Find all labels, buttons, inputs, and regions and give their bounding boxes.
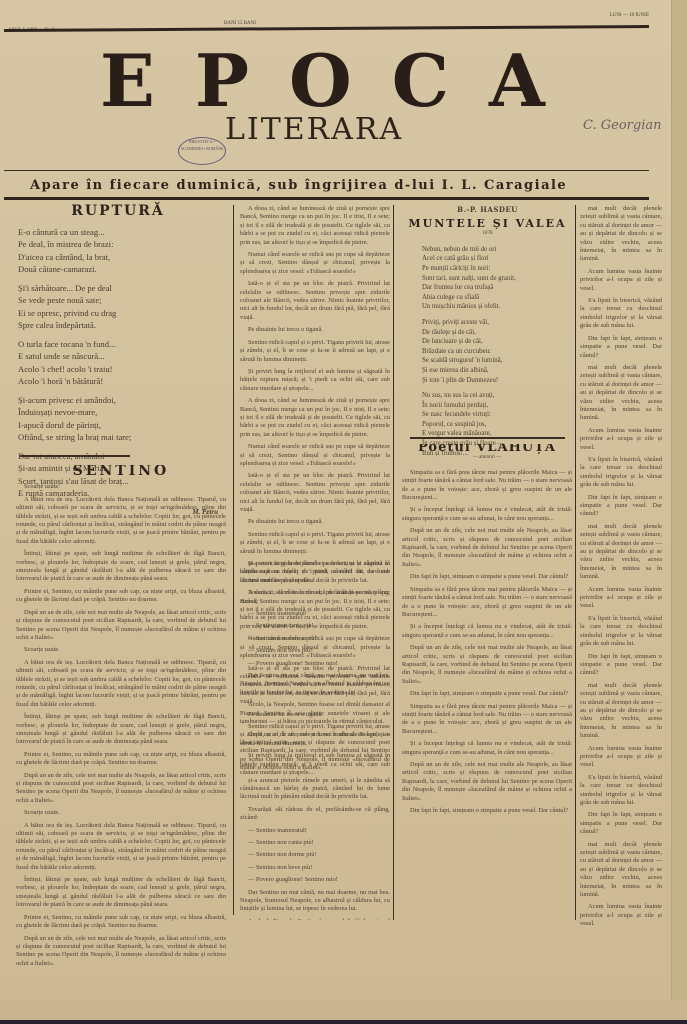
article-title: Poetul VLAHUȚĂ bbox=[402, 444, 572, 452]
column-rule bbox=[575, 205, 576, 920]
paragraph: Simpatia sa e fără prea târzie mai pentr… bbox=[402, 703, 572, 737]
paragraph: Dar Sentino nu mai cântă, nu mai doarme,… bbox=[240, 889, 390, 914]
article-subtitle: — amintiri — bbox=[402, 454, 572, 462]
paragraph: Pe dinainte lui trecu o tigană. bbox=[240, 326, 390, 334]
paragraph: După un an de zile, cele noi mai multe a… bbox=[402, 761, 572, 803]
paragraph: Tovarășii săi râdeau de el, prefăcându-s… bbox=[240, 806, 390, 823]
paragraph: Acum lumina vasta înainte privirilor a-l… bbox=[580, 427, 662, 452]
paragraph: Întinși, lâtinși pe spate, sub lungă mul… bbox=[16, 713, 226, 747]
paragraph: Iată-o și el sta pe un bloc de piatră. P… bbox=[240, 472, 390, 514]
poem-author: B.-P. HASDEU bbox=[400, 205, 575, 215]
tagline-rule-top bbox=[4, 170, 649, 171]
paragraph: Și priviri lung la mijlocul ei sub lumin… bbox=[240, 368, 390, 393]
paragraph: Din fapt în fapt, simțeam o simpatie a p… bbox=[402, 690, 572, 698]
paragraph: — Sentino non beve più! bbox=[240, 647, 390, 655]
paragraph: și-a aruncat pietrele râmele pe umeri, ș… bbox=[240, 560, 390, 585]
paragraph: Simpatia sa e fără prea târzie mai pentr… bbox=[402, 586, 572, 620]
section-divider bbox=[410, 437, 565, 439]
article-body: Scoarțe uzate.A bătut ora de ieș. Lucrăt… bbox=[16, 483, 226, 968]
column-rule bbox=[233, 205, 234, 915]
masthead-title: EPOCA bbox=[100, 45, 560, 117]
column-6-body: mai mult decât plenele zeiești sublimă ș… bbox=[580, 205, 662, 925]
paragraph: mai mult decât plenele zeiești sublimă ș… bbox=[580, 523, 662, 582]
paragraph: A doua zi, când se luminează de ziuă și … bbox=[240, 397, 390, 439]
poem-stanzas: E-o cântură ca un steag...Pe deal, în mi… bbox=[18, 226, 218, 500]
poem-muntele-si-valea: B.-P. HASDEU MUNTELE ȘI VALEA 1878 Nebun… bbox=[400, 205, 575, 464]
paragraph: Tovarășii săi râdeau de el, prefăcându-s… bbox=[240, 589, 390, 606]
stanza: E-o cântură ca un steag...Pe deal, în mi… bbox=[18, 226, 218, 276]
paragraph: Iată-o și el sta pe un bloc de piatră. P… bbox=[240, 280, 390, 322]
paragraph: mai mult decât plenele zeiești sublimă ș… bbox=[580, 205, 662, 264]
poem-year: 1878 bbox=[400, 229, 575, 239]
paragraph: S'a lipsit în biserică, văzând la care t… bbox=[580, 297, 662, 331]
paragraph: Numai când soarele se ridică sus pe cupe… bbox=[240, 443, 390, 468]
paragraph: Simpatia sa e fără prea târzie mai pentr… bbox=[402, 469, 572, 503]
paragraph: S'a lipsit în biserică, văzând la care t… bbox=[580, 615, 662, 649]
scan-bottom-bar bbox=[0, 1020, 687, 1024]
paragraph: mai mult decât plenele zeiești sublimă ș… bbox=[580, 841, 662, 900]
paragraph: Numai când soarele se ridică sus pe cupe… bbox=[240, 251, 390, 276]
paragraph: Din fapt în fapt, simțeam o simpatie a p… bbox=[580, 653, 662, 678]
paragraph: A bătut ora de ieș. Lucrătorii dela Banc… bbox=[16, 659, 226, 709]
article-sentino: SENTINO Scoarțe uzate.A bătut ora de ieș… bbox=[16, 465, 226, 1005]
price: BANI 15 BANI bbox=[224, 21, 256, 26]
paragraph: A doua zi, când se luminează de ziuă și … bbox=[240, 205, 390, 247]
paragraph: Întinși, lâtinși pe spate, sub lungă mul… bbox=[16, 876, 226, 910]
paragraph: Acum lumina vasta înainte privirilor a-l… bbox=[580, 903, 662, 925]
article-title: SENTINO bbox=[16, 467, 226, 475]
masthead-subtitle: LITERARA bbox=[225, 112, 403, 147]
paragraph: — Sentino non canta più! bbox=[240, 839, 390, 847]
paragraph: Scoarțe uzate. bbox=[16, 483, 226, 491]
column-rule bbox=[393, 205, 394, 920]
column-3-body: și-a aruncat pietrele râmele pe umeri, ș… bbox=[240, 560, 390, 920]
paragraph: Acolo, la Neapole, Sentino fusese cel di… bbox=[240, 701, 390, 726]
paragraph: S'a lipsit în biserică, văzând la care t… bbox=[580, 456, 662, 490]
paragraph: A bătut ora de ieș. Lucrătorii dela Banc… bbox=[16, 496, 226, 546]
stanza: Nebun, nebun de mii de oriAcel ce cată g… bbox=[422, 245, 575, 312]
poem-title: MUNTELE ȘI VALEA bbox=[400, 219, 575, 229]
paragraph: — Sentino non beve più! bbox=[240, 864, 390, 872]
page-edge bbox=[671, 0, 687, 1024]
stanza: Și'i sărbătoare... De pe dealSe vede pes… bbox=[18, 282, 218, 332]
paragraph: și-a aruncat pietrele râmele pe umeri, ș… bbox=[240, 777, 390, 802]
paragraph: Sentino ridică capul și o privi. Tigana … bbox=[240, 339, 390, 364]
paragraph: Scoarțe uzate. bbox=[16, 809, 226, 817]
paragraph: — Sentino non dorme più! bbox=[240, 851, 390, 859]
paragraph: — Sentino inamoratul! bbox=[240, 610, 390, 618]
paragraph: mai mult decât plenele zeiești sublimă ș… bbox=[580, 682, 662, 741]
article-body: Simpatia sa e fără prea târzie mai pentr… bbox=[402, 469, 572, 816]
paragraph: Din fapt în fapt, simțeam o simpatie a p… bbox=[580, 811, 662, 836]
paragraph: Printre ei, Sentino, cu mâinile pune sub… bbox=[16, 588, 226, 605]
paragraph: Printre ei, Sentino, cu mâinile pune sub… bbox=[16, 751, 226, 768]
paragraph: Din fapt în fapt, simțeam o simpatie a p… bbox=[402, 807, 572, 815]
section-divider bbox=[20, 455, 130, 457]
poem-title: RUPTURĂ bbox=[18, 205, 218, 218]
paragraph: După un an de zile, cele noi mai multe a… bbox=[16, 772, 226, 806]
paragraph: După un an de zile, cele noi mai multe a… bbox=[16, 609, 226, 643]
paragraph: Din fapt în fapt, simțeam o simpatie a p… bbox=[580, 335, 662, 360]
paragraph: S'a lipsit în biserică, văzând la care t… bbox=[580, 774, 662, 808]
issue-date: LUNI — 10 IUNIE bbox=[610, 13, 649, 18]
stanza: O turla face tocana 'n fund...E satul un… bbox=[18, 338, 218, 388]
library-stamp: BIBLIOTECA • ACADEMIEI • ROMÂNE bbox=[178, 137, 226, 165]
tagline-rule-bottom bbox=[4, 197, 649, 200]
paragraph: Și a început înțelegi că lumea nu e vind… bbox=[402, 623, 572, 640]
paragraph: După un an de zile, cele noi mai multe a… bbox=[402, 644, 572, 686]
paragraph: Sentino ridică capul și o privi. Tigana … bbox=[240, 531, 390, 556]
paragraph: Dar Sentino nu mai cântă, nu mai doarme,… bbox=[240, 672, 390, 697]
paragraph: — Povero guaglione! Sentino mio! bbox=[240, 876, 390, 884]
paragraph: Și a început înțelegi că lumea nu e vind… bbox=[402, 506, 572, 523]
paragraph: — Povero guaglione! Sentino mio! bbox=[240, 660, 390, 668]
paragraph: Acolo, la Neapole, Sentino fusese cel di… bbox=[240, 918, 390, 920]
paragraph: Acum lumina vasta înainte privirilor a-l… bbox=[580, 586, 662, 611]
tagline: Apare în fiecare duminică, sub îngrijire… bbox=[30, 178, 670, 193]
paragraph: — Sentino non dorme più! bbox=[240, 635, 390, 643]
paragraph: Scoarțe uzate. bbox=[16, 646, 226, 654]
stanza: Priviți, priviți aceste văi,De râuleţe ș… bbox=[422, 318, 575, 385]
paragraph: După un an de zile, cele noi mai multe a… bbox=[240, 731, 390, 773]
paragraph: Din fapt în fapt, simțeam o simpatie a p… bbox=[580, 494, 662, 519]
paragraph: A bătut ora de ieș. Lucrătorii dela Banc… bbox=[16, 822, 226, 872]
paragraph: Acum lumina vasta înainte privirilor a-l… bbox=[580, 745, 662, 770]
handwritten-signature: C. Georgian bbox=[583, 118, 661, 133]
paragraph: — Sentino inamoratul! bbox=[240, 827, 390, 835]
paragraph: Și a început înțelegi că lumea nu e vind… bbox=[402, 740, 572, 757]
paragraph: Pe dinainte lui trecu o tigană. bbox=[240, 518, 390, 526]
paragraph: După un an de zile, cele noi mai multe a… bbox=[402, 527, 572, 569]
article-column-3: și-a aruncat pietrele râmele pe umeri, ș… bbox=[240, 560, 390, 920]
paragraph: Din fapt în fapt, simțeam o simpatie a p… bbox=[402, 573, 572, 581]
poem-stanzas: Nebun, nebun de mii de oriAcel ce cată g… bbox=[400, 245, 575, 458]
paragraph: Acum lumina vasta înainte privirilor a-l… bbox=[580, 268, 662, 293]
paragraph: Printre ei, Sentino, cu mâinile pune sub… bbox=[16, 914, 226, 931]
article-column-6: mai mult decât plenele zeiești sublimă ș… bbox=[580, 205, 662, 925]
paragraph: — Sentino non canta più! bbox=[240, 622, 390, 630]
stanza: Și-acum privesc ei amândoi,Înduioșați ne… bbox=[18, 394, 218, 444]
paragraph: După un an de zile, cele noi mai multe a… bbox=[16, 935, 226, 969]
paragraph: mai mult decât plenele zeiești sublimă ș… bbox=[580, 364, 662, 423]
paragraph: Întinși, lâtinși pe spate, sub lungă mul… bbox=[16, 550, 226, 584]
article-vlahuta: Poetul VLAHUȚĂ — amintiri — Simpatia sa … bbox=[402, 444, 572, 919]
